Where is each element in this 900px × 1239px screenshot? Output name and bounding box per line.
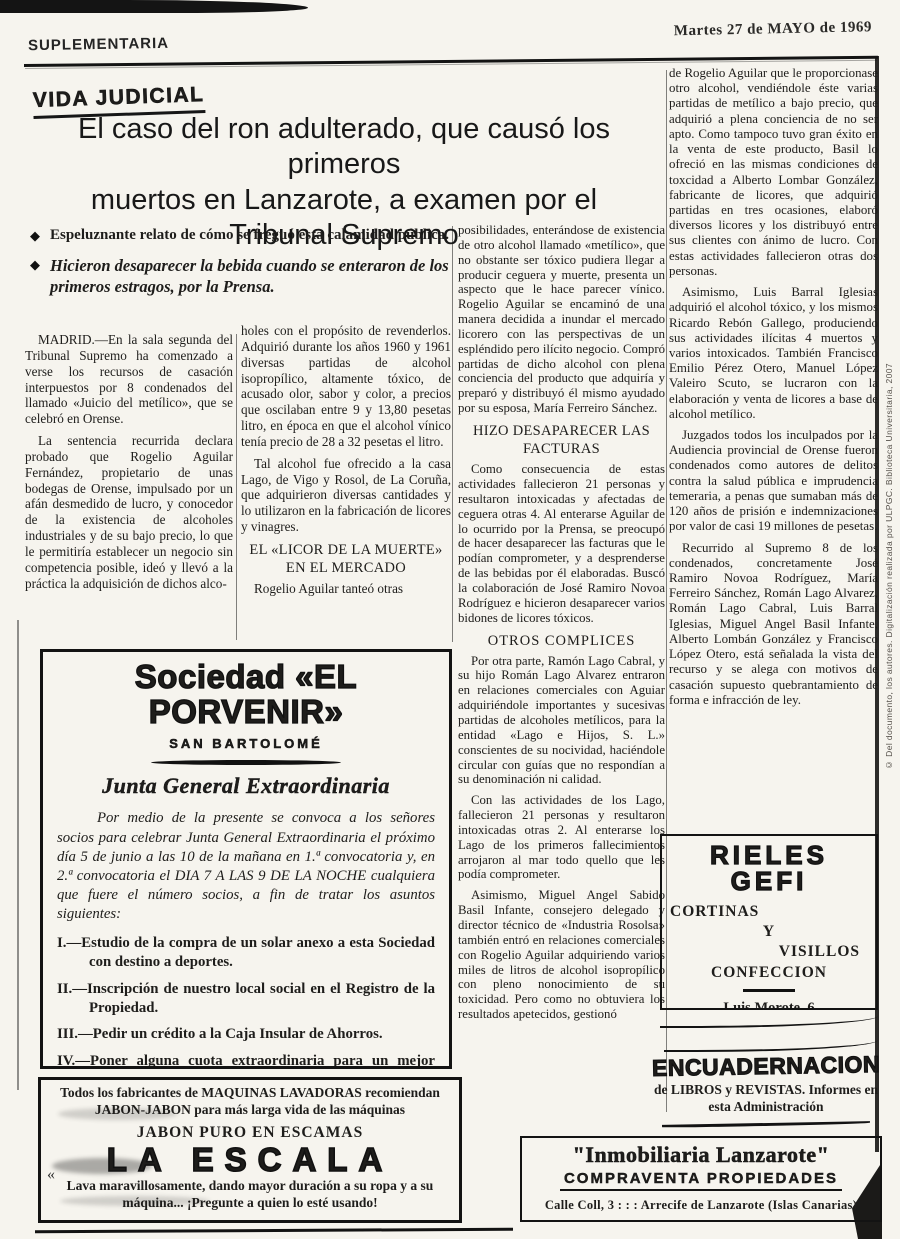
ad-title: RIELES GEFI	[670, 842, 868, 894]
article-bullets: ◆ Espeluznante relato de cómo se freguó …	[30, 226, 458, 306]
ad-subtitle: SAN BARTOLOMÉ	[57, 736, 435, 751]
article-column-1: MADRID.—En la sala segunda del Tribunal …	[25, 332, 233, 598]
ad-text: Y	[670, 923, 868, 941]
ad-title: Sociedad «EL PORVENIR»	[57, 660, 435, 729]
article-subhead: HIZO DESAPARECER LAS FACTURAS	[458, 422, 665, 458]
paragraph: Tal alcohol fue ofrecido a la casa Lago,…	[241, 456, 451, 535]
paragraph: Juzgados todos los inculpados por la Aud…	[669, 428, 878, 535]
ad-jabon-la-escala: Todos los fabricantes de MAQUINAS LAVADO…	[38, 1077, 462, 1223]
ad-text: de LIBROS y REVISTAS. Informes en esta A…	[650, 1082, 882, 1116]
short-divider	[743, 989, 795, 992]
ad-subtitle: COMPRAVENTA PROPIEDADES	[560, 1170, 842, 1191]
paragraph: La sentencia recurrida declara probado q…	[25, 433, 233, 591]
bullet-text: Hicieron desaparecer la bebida cuando se…	[50, 255, 458, 297]
ad-title: "Inmobiliaria Lanzarote"	[530, 1142, 872, 1168]
diamond-bullet-icon: ◆	[30, 226, 40, 246]
ad-sociedad-el-porvenir: Sociedad «EL PORVENIR» SAN BARTOLOMÉ Jun…	[40, 649, 452, 1069]
paragraph: Recurrido al Supremo 8 de los condenados…	[669, 541, 878, 708]
paragraph: de Rogelio Aguilar que le proporcionase …	[669, 66, 878, 279]
paragraph: Asimismo, Miguel Angel Sabido Basil Infa…	[458, 888, 665, 1022]
paragraph: Asimismo, Luis Barral Iglesias adquirió …	[669, 285, 878, 422]
decorative-swoosh	[660, 1016, 878, 1028]
headline-line: muertos en Lanzarote, a examen por el	[20, 183, 668, 218]
ad-brand: LA ESCALA	[51, 1143, 449, 1178]
agenda-item: II.—Inscripción de nuestro local social …	[57, 980, 435, 1018]
scan-smudge-top	[0, 0, 308, 13]
digitization-watermark: © Del documento, los autores. Digitaliza…	[884, 470, 894, 770]
ad-underline-rule	[35, 1228, 513, 1233]
article-column-3: posibilidades, enterándose de existencia…	[458, 223, 665, 1028]
ad-inmobiliaria-lanzarote: "Inmobiliaria Lanzarote" COMPRAVENTA PRO…	[520, 1136, 882, 1222]
column-rule	[236, 334, 237, 640]
paragraph: Como consecuencia de estas actividades f…	[458, 462, 665, 625]
ad-text: CORTINAS	[670, 903, 868, 921]
article-subhead: OTROS COMPLICES	[458, 632, 665, 650]
agenda-item: I.—Estudio de la compra de un solar anex…	[57, 934, 435, 972]
article-subhead: EL «LICOR DE LA MUERTE» EN EL MERCADO	[241, 541, 451, 577]
spindle-divider	[151, 760, 341, 765]
ad-title: ENCUADERNACION	[650, 1053, 882, 1080]
ad-text: Todos los fabricantes de MAQUINAS LAVADO…	[51, 1085, 449, 1119]
article-column-2: holes con el propósito de revenderlos. A…	[241, 323, 451, 603]
ad-address: Calle Coll, 3 : : : Arrecife de Lanzarot…	[530, 1198, 872, 1213]
paragraph: Por otra parte, Ramón Lago Cabral, y su …	[458, 654, 665, 788]
paragraph: MADRID.—En la sala segunda del Tribunal …	[25, 332, 233, 427]
paragraph: Con las actividades de los Lago, falleci…	[458, 793, 665, 882]
ad-address: Luis Morote, 6	[670, 999, 868, 1011]
ad-encuadernacion: ENCUADERNACION de LIBROS y REVISTAS. Inf…	[650, 1055, 882, 1125]
newspaper-page: SUPLEMENTARIA Martes 27 de MAYO de 1969 …	[0, 0, 900, 1239]
scan-left-scratch	[17, 620, 19, 1090]
ad-intro: Por medio de la presente se convoca a lo…	[57, 809, 435, 924]
ad-rieles-gefi: RIELES GEFI CORTINAS Y VISILLOS CONFECCI…	[660, 834, 878, 1010]
agenda-item: III.—Pedir un crédito a la Caja Insular …	[57, 1025, 435, 1044]
ad-text: Lava maravillosamente, dando mayor durac…	[51, 1178, 449, 1212]
headline-line: El caso del ron adulterado, que causó lo…	[20, 112, 668, 183]
paragraph: posibilidades, enterándose de existencia…	[458, 223, 665, 416]
bullet-item: ◆ Espeluznante relato de cómo se freguó …	[30, 226, 458, 246]
ad-text: VISILLOS	[670, 943, 868, 961]
paragraph: holes con el propósito de revenderlos. A…	[241, 323, 451, 450]
column-rule	[452, 226, 453, 642]
ad-underline-rule	[662, 1121, 870, 1127]
page-date: Martes 27 de MAYO de 1969	[600, 19, 872, 42]
article-column-4: de Rogelio Aguilar que le proporcionase …	[669, 66, 878, 714]
ad-heading: Junta General Extraordinaria	[57, 773, 435, 799]
bullet-text: Espeluznante relato de cómo se freguó es…	[50, 226, 449, 246]
paragraph: Rogelio Aguilar tanteó otras	[241, 581, 451, 597]
ad-text: CONFECCION	[670, 964, 868, 982]
ad-text: JABON PURO EN ESCAMAS	[51, 1124, 449, 1142]
quote-mark-artifact: «	[47, 1166, 55, 1184]
agenda-item: IV.—Poner alguna cuota extraordinaria pa…	[57, 1052, 435, 1069]
diamond-bullet-icon: ◆	[30, 255, 40, 297]
page-edition-label: SUPLEMENTARIA	[28, 35, 169, 54]
bullet-item: ◆ Hicieron desaparecer la bebida cuando …	[30, 255, 458, 297]
decorative-swoosh	[664, 1040, 878, 1052]
